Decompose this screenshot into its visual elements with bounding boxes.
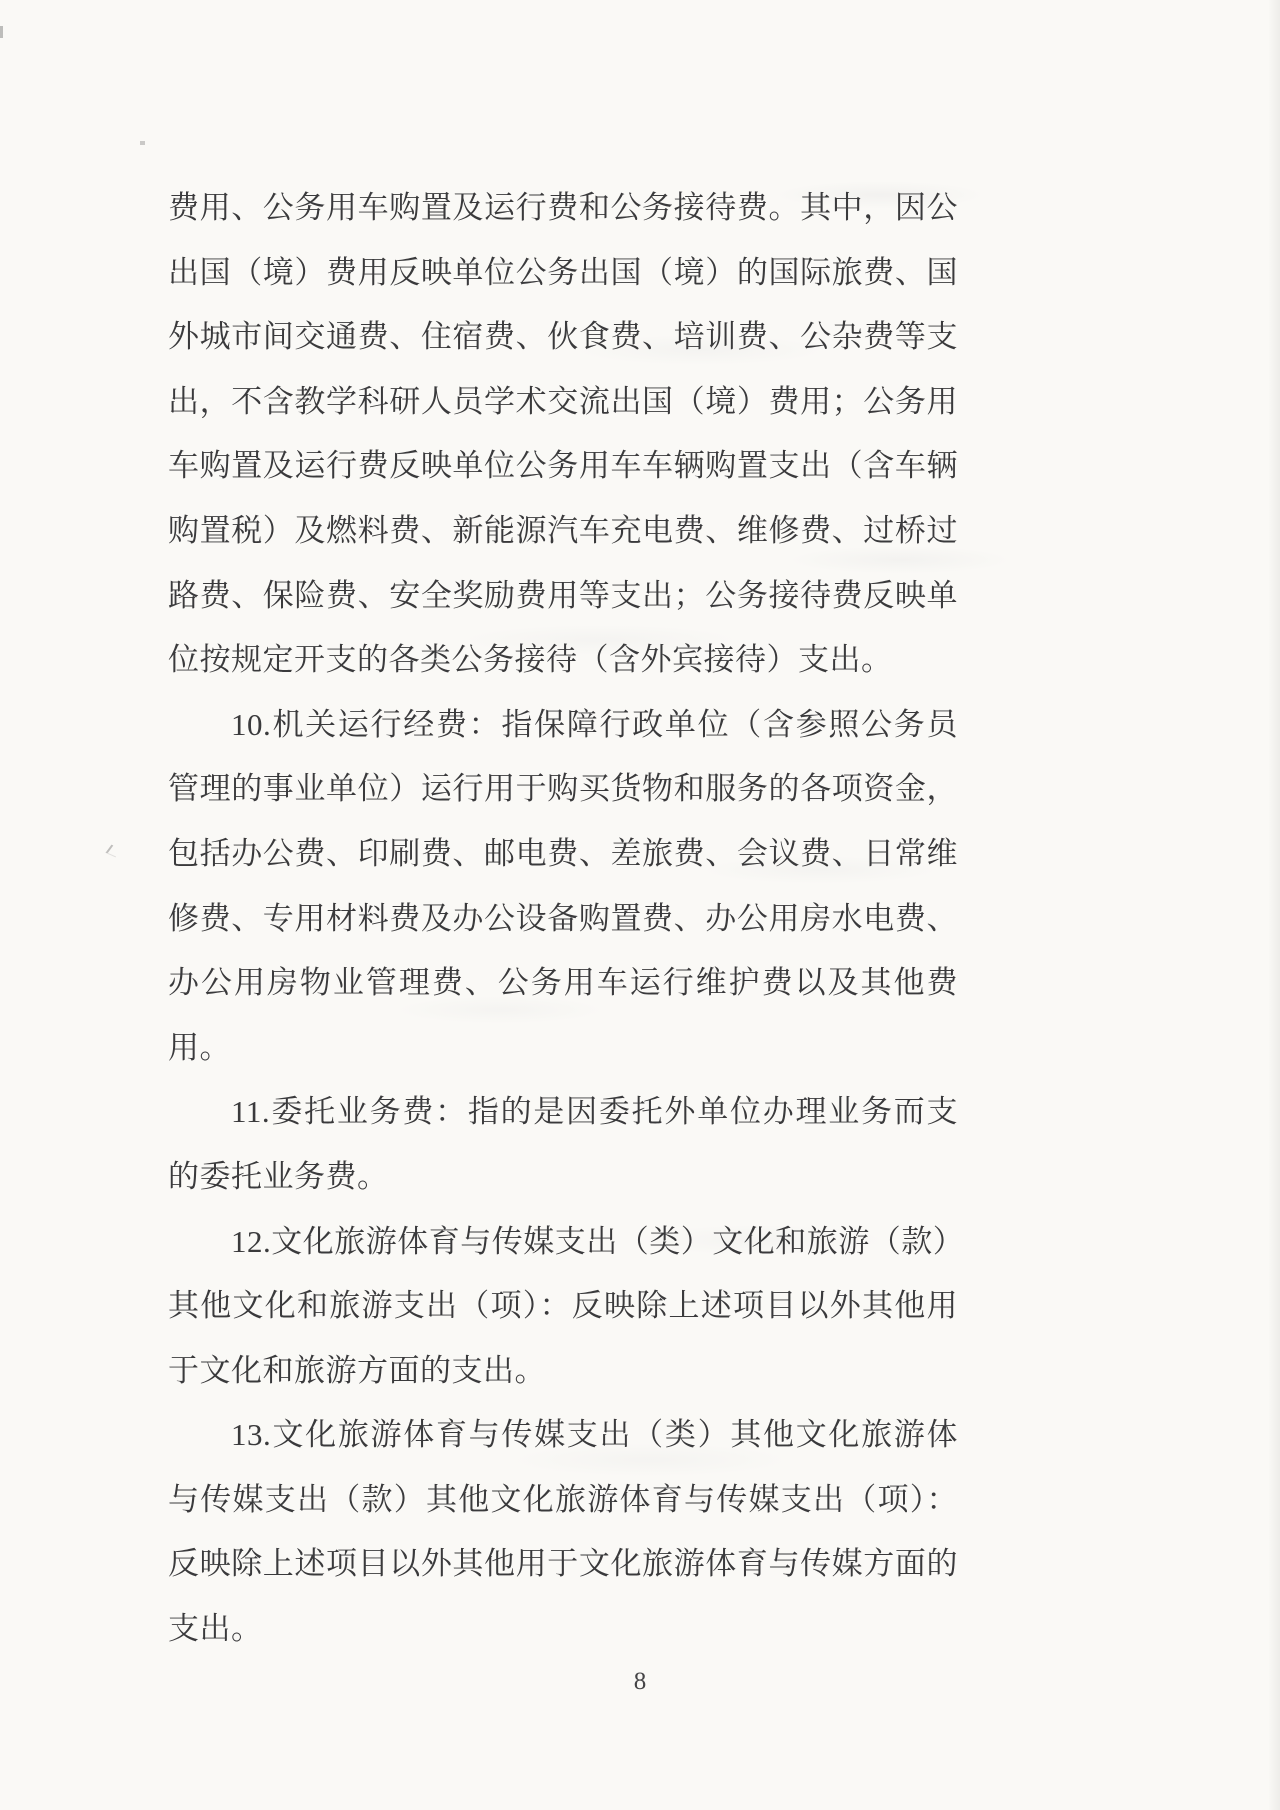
text-line: 路费、保险费、安全奖励费用等支出；公务接待费反映单 — [168, 564, 958, 629]
text-line: 包括办公费、印刷费、邮电费、差旅费、会议费、日常维 — [168, 822, 958, 887]
text-line: 支出。 — [168, 1597, 958, 1662]
text-line-item-12: 12.文化旅游体育与传媒支出（类）文化和旅游（款） — [168, 1210, 958, 1275]
text-line: 外城市间交通费、住宿费、伙食费、培训费、公杂费等支 — [168, 305, 958, 370]
margin-smudge-mark — [105, 845, 121, 858]
text-line: 用。 — [168, 1016, 958, 1081]
text-line: 与传媒支出（款）其他文化旅游体育与传媒支出（项）： — [168, 1468, 958, 1533]
text-line: 管理的事业单位）运行用于购买货物和服务的各项资金， — [168, 757, 958, 822]
text-line: 于文化和旅游方面的支出。 — [168, 1339, 958, 1404]
text-line: 反映除上述项目以外其他用于文化旅游体育与传媒方面的 — [168, 1532, 958, 1597]
text-line: 办公用房物业管理费、公务用车运行维护费以及其他费 — [168, 951, 958, 1016]
text-line-item-10: 10.机关运行经费：指保障行政单位（含参照公务员法 — [168, 693, 958, 758]
text-line: 车购置及运行费反映单位公务用车车辆购置支出（含车辆 — [168, 434, 958, 499]
scan-speck — [0, 26, 3, 38]
scanned-document-page: 费用、公务用车购置及运行费和公务接待费。其中，因公 出国（境）费用反映单位公务出… — [0, 0, 1280, 1810]
document-body-text: 费用、公务用车购置及运行费和公务接待费。其中，因公 出国（境）费用反映单位公务出… — [168, 176, 958, 1662]
text-line: 的委托业务费。 — [168, 1145, 958, 1210]
scan-speck — [140, 141, 145, 145]
text-line: 修费、专用材料费及办公设备购置费、办公用房水电费、 — [168, 887, 958, 952]
text-line-item-13: 13.文化旅游体育与传媒支出（类）其他文化旅游体育 — [168, 1403, 958, 1468]
text-line: 购置税）及燃料费、新能源汽车充电费、维修费、过桥过 — [168, 499, 958, 564]
text-line: 位按规定开支的各类公务接待（含外宾接待）支出。 — [168, 628, 958, 693]
text-line: 出，不含教学科研人员学术交流出国（境）费用；公务用 — [168, 370, 958, 435]
text-line: 其他文化和旅游支出（项）：反映除上述项目以外其他用 — [168, 1274, 958, 1339]
text-line: 费用、公务用车购置及运行费和公务接待费。其中，因公 — [168, 176, 958, 241]
text-line-item-11: 11.委托业务费：指的是因委托外单位办理业务而支付 — [168, 1080, 958, 1145]
text-line: 出国（境）费用反映单位公务出国（境）的国际旅费、国 — [168, 241, 958, 306]
page-number: 8 — [0, 1668, 1280, 1696]
scan-edge-shadow — [1268, 0, 1280, 1810]
